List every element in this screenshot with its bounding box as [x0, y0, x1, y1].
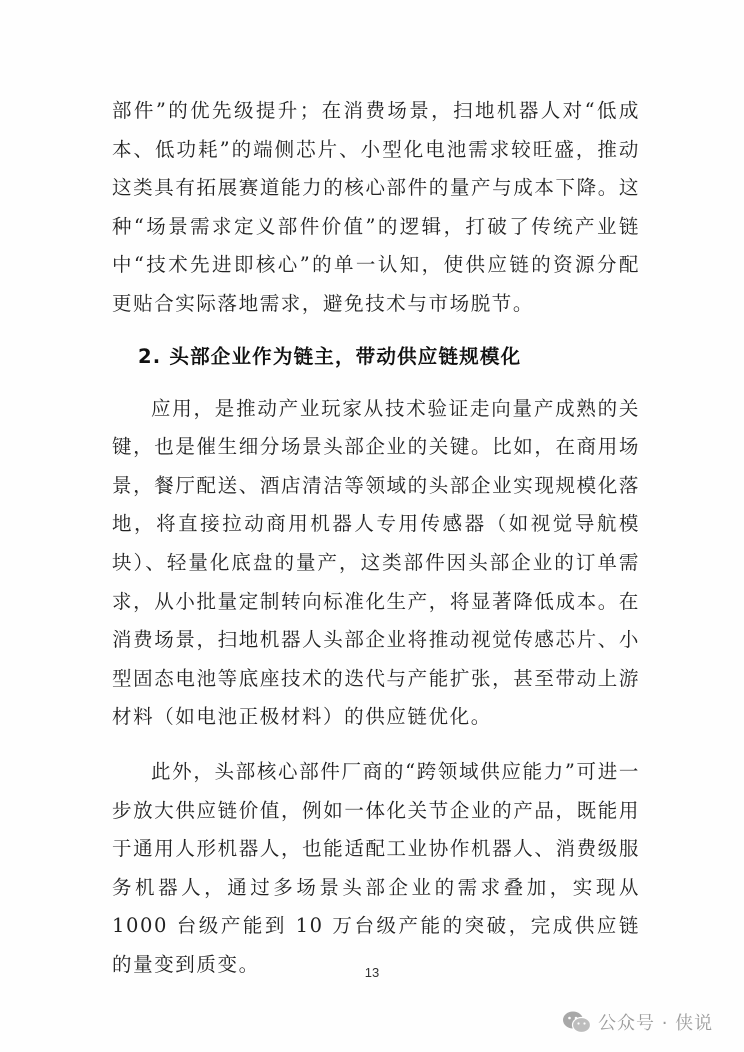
- wechat-icon: [562, 1010, 592, 1034]
- page-number: 13: [0, 965, 744, 980]
- page-content: 部件”的优先级提升；在消费场景，扫地机器人对“低成本、低功耗”的端侧芯片、小型化…: [112, 92, 640, 984]
- section-heading: 2. 头部企业作为链主，带动供应链规模化: [112, 338, 640, 376]
- watermark: 公众号 · 侠说: [562, 1009, 713, 1035]
- body-paragraph: 应用，是推动产业玩家从技术验证走向量产成熟的关键，也是催生细分场景头部企业的关键…: [112, 390, 640, 737]
- document-page: 部件”的优先级提升；在消费场景，扫地机器人对“低成本、低功耗”的端侧芯片、小型化…: [0, 0, 744, 1052]
- watermark-text: 公众号 · 侠说: [598, 1009, 713, 1035]
- body-paragraph-continued: 部件”的优先级提升；在消费场景，扫地机器人对“低成本、低功耗”的端侧芯片、小型化…: [112, 92, 640, 324]
- body-paragraph: 此外，头部核心部件厂商的“跨领域供应能力”可进一步放大供应链价值，例如一体化关节…: [112, 753, 640, 985]
